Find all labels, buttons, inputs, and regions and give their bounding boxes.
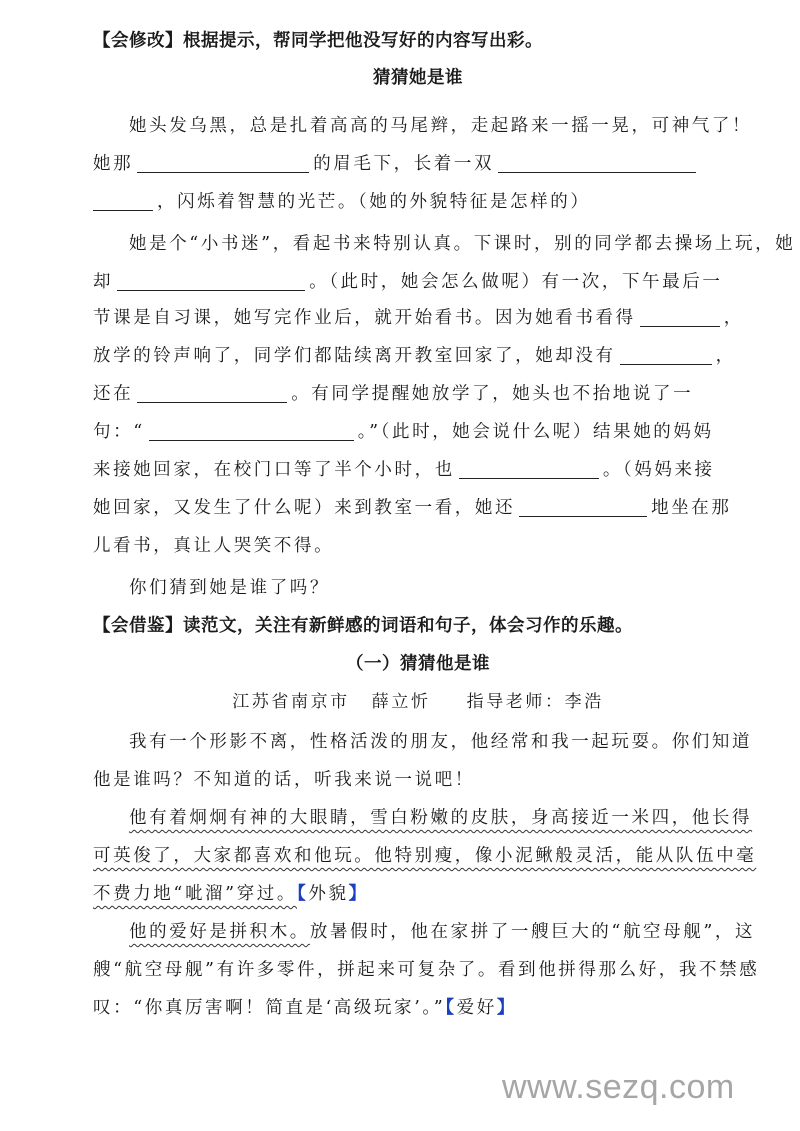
annotation-tag-hobby: 【爱好】 xyxy=(445,998,517,1018)
byline: 江苏省南京市薛立忻指导老师：李浩 xyxy=(93,684,743,720)
annotation-tag-appearance: 【外貌】 xyxy=(297,884,369,904)
paragraph-line: 来接她回家，在校门口等了半个小时，也。（妈妈来接 xyxy=(93,452,743,488)
paragraph-line: ，闪烁着智慧的光芒。（她的外貌特征是怎样的） xyxy=(93,184,743,220)
paragraph-line: 放学的铃声响了，同学们都陆续离开教室回家了，她却没有， xyxy=(93,338,743,374)
paragraph-line: 她是个“小书迷”，看起书来特别认真。下课时，别的同学都去操场上玩，她 xyxy=(93,226,743,262)
paragraph-line: 你们猜到她是谁了吗？ xyxy=(93,570,743,606)
byline-place: 江苏省南京市 xyxy=(232,692,350,712)
answer-blank-recess[interactable] xyxy=(117,268,305,291)
paragraph-line: 他有着炯炯有神的大眼睛，雪白粉嫩的皮肤，身高接近一米四，他长得 xyxy=(93,800,743,836)
paragraph-line: 还在。有同学提醒她放学了，她头也不抬地说了一 xyxy=(93,376,743,412)
answer-blank-not-leaving[interactable] xyxy=(620,342,712,365)
section2-tag: 【会借鉴】 xyxy=(93,616,183,636)
byline-author: 薛立忻 xyxy=(372,692,431,712)
byline-teacher: 指导老师：李浩 xyxy=(467,692,604,712)
answer-blank-still[interactable] xyxy=(137,380,287,403)
paragraph-line: 却。（此时，她会怎么做呢）有一次，下午最后一 xyxy=(93,264,743,300)
section1-tag: 【会修改】 xyxy=(93,31,183,51)
paragraph-line: 他的爱好是拼积木。放暑假时，他在家拼了一艘巨大的“航空母舰”，这 xyxy=(93,914,743,950)
section2-header: 【会借鉴】读范文，关注有新鲜感的词语和句子，体会习作的乐趣。 xyxy=(93,608,743,644)
paragraph-line: 句：“。”（此时，她会说什么呢）结果她的妈妈 xyxy=(93,414,743,450)
section2-title: （一）猜猜他是谁 xyxy=(93,646,743,682)
answer-blank-reading[interactable] xyxy=(640,304,720,327)
paragraph-line: 她回家，又发生了什么呢）来到教室一看，她还地坐在那 xyxy=(93,490,743,526)
paragraph-line: 艘“航空母舰”有许多零件，拼起来可复杂了。看到他拼得那么好，我不禁感 xyxy=(93,952,743,988)
paragraph-line: 儿看书，真让人哭笑不得。 xyxy=(93,528,743,564)
answer-blank-still-sitting[interactable] xyxy=(519,494,647,517)
section2-instruction: 读范文，关注有新鲜感的词语和句子，体会习作的乐趣。 xyxy=(183,616,633,636)
answer-blank-quote[interactable] xyxy=(149,418,354,441)
answer-blank-mother-wait[interactable] xyxy=(459,456,599,479)
paragraph-line: 她头发乌黑，总是扎着高高的马尾辫，走起路来一摇一晃，可神气了！ xyxy=(93,108,743,144)
section1-header: 【会修改】根据提示，帮同学把他没写好的内容写出彩。 xyxy=(93,23,743,59)
paragraph-line: 不费力地“呲溜”穿过。【外貌】 xyxy=(93,876,743,912)
paragraph-line: 节课是自习课，她写完作业后，就开始看书。因为她看书看得， xyxy=(93,300,743,336)
section1-title: 猜猜她是谁 xyxy=(93,60,743,96)
section1-instruction: 根据提示，帮同学把他没写好的内容写出彩。 xyxy=(183,31,543,51)
answer-blank-eyes-cont[interactable] xyxy=(93,188,153,211)
paragraph-line: 我有一个形影不离，性格活泼的朋友，他经常和我一起玩耍。你们知道 xyxy=(93,724,743,760)
paragraph-line: 叹：“你真厉害啊！简直是‘高级玩家’。”【爱好】 xyxy=(93,990,743,1026)
paragraph-line: 可英俊了，大家都喜欢和他玩。他特别瘦，像小泥鳅般灵活，能从队伍中毫 xyxy=(93,838,743,874)
watermark: www.sezq.com xyxy=(502,1068,735,1107)
paragraph-line: 她那的眉毛下，长着一双 xyxy=(93,146,743,182)
answer-blank-eyebrows[interactable] xyxy=(137,150,309,173)
answer-blank-eyes[interactable] xyxy=(498,150,696,173)
paragraph-line: 他是谁吗？不知道的话，听我来说一说吧！ xyxy=(93,762,743,798)
